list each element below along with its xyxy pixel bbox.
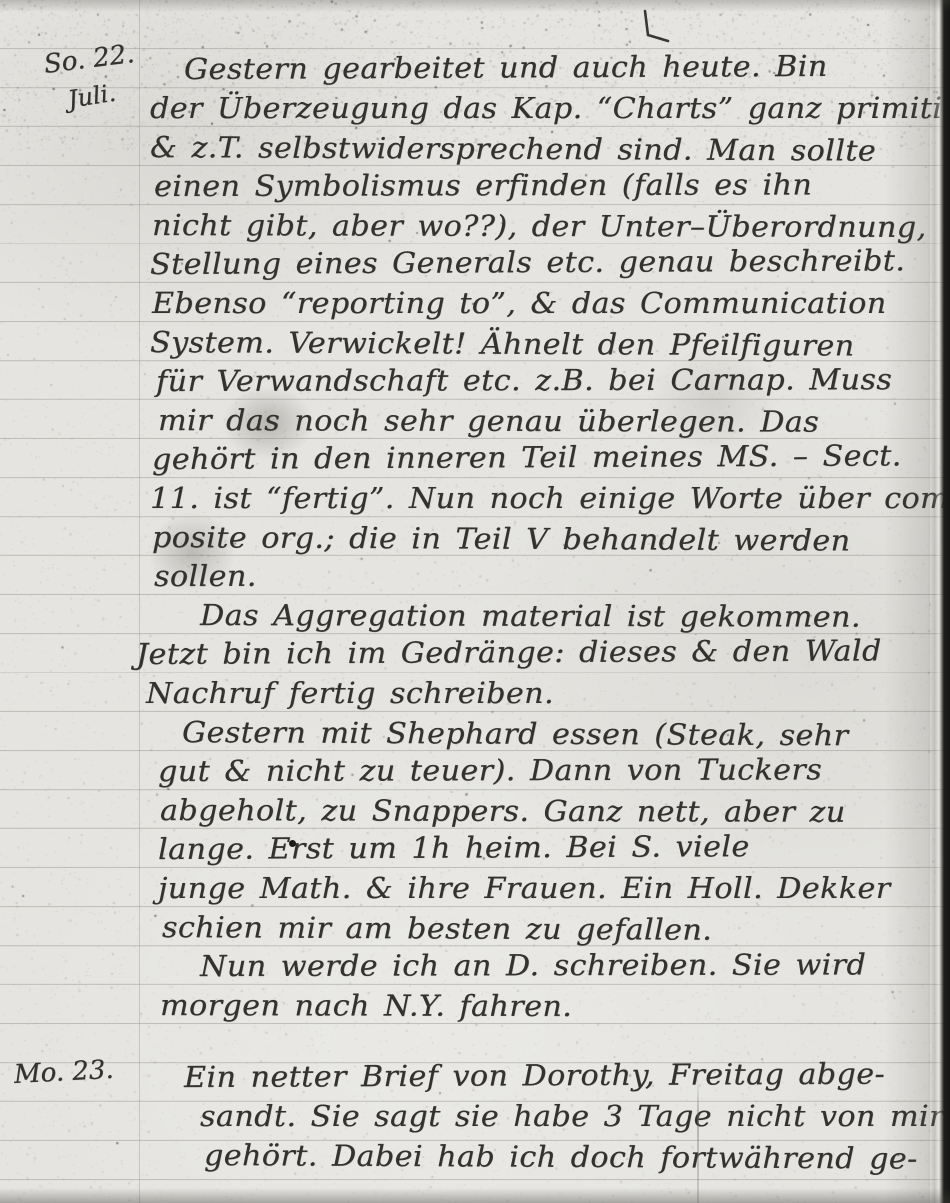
scanner-edge-shadow (0, 1188, 950, 1203)
scanner-edge-shadow (884, 0, 930, 1203)
scanner-edge-shadow (928, 0, 950, 1203)
diary-page-scan: So. 22. Juli. Mo. 23. Gestern gearbeitet… (0, 0, 950, 1203)
scan-noise-layer (0, 0, 950, 1203)
scanner-edge-shadow (0, 0, 950, 12)
